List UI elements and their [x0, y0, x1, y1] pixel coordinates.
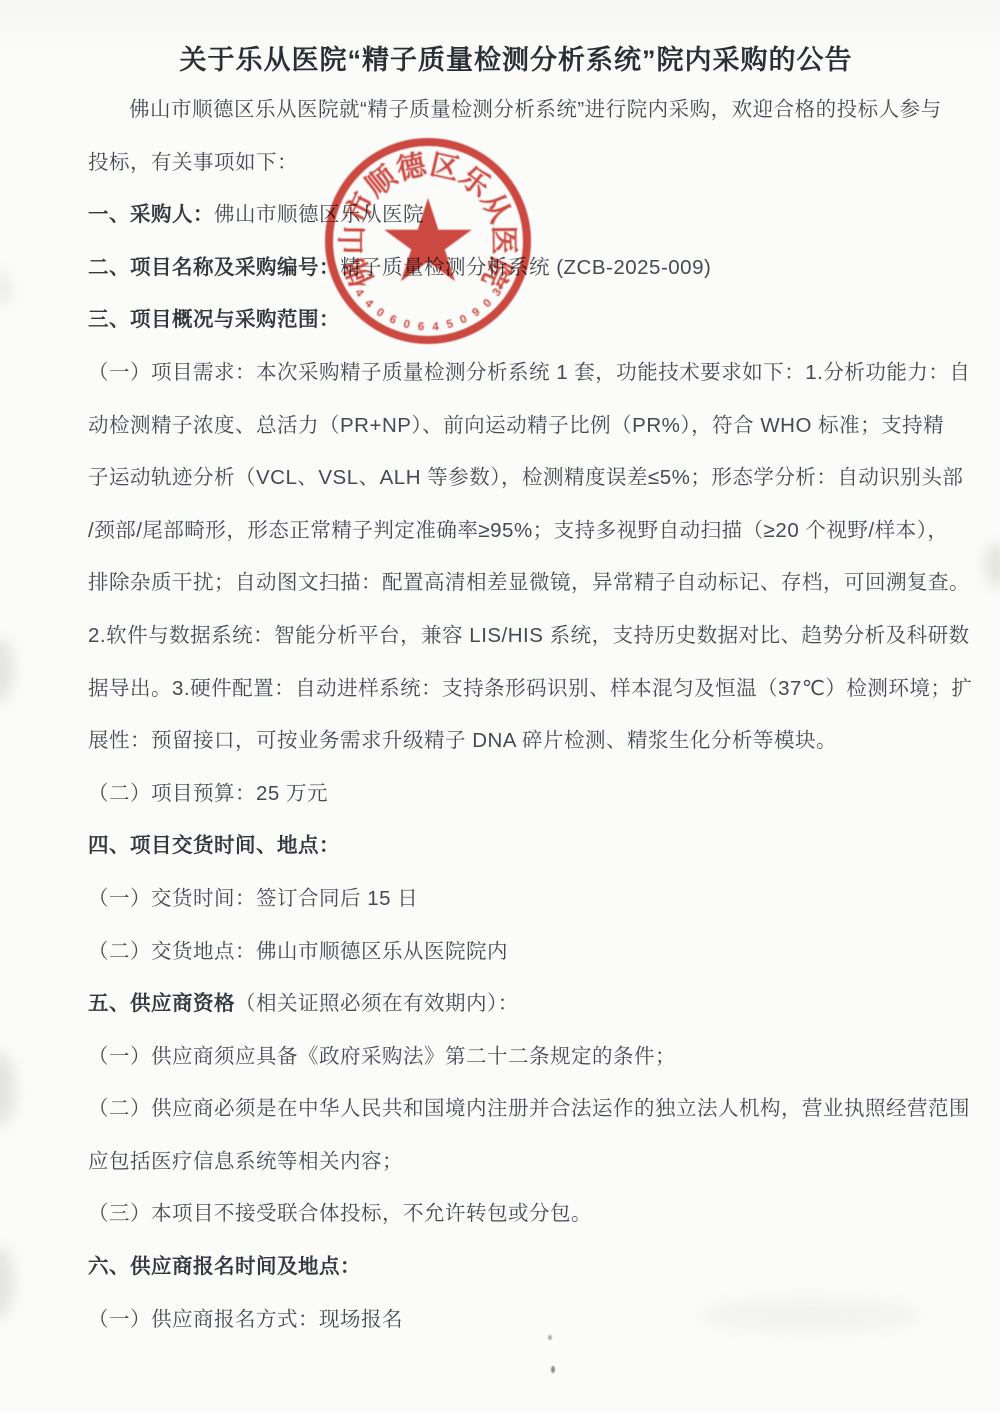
text-line: （一）项目需求：本次采购精子质量检测分析系统 1 套，功能技术要求如下：1.分析… [88, 347, 944, 400]
text-segment: 子运动轨迹分析（VCL、VSL、ALH 等参数），检测精度误差≤5%；形态学分析… [88, 466, 963, 489]
document-body: 关于乐从医院“精子质量检测分析系统”院内采购的公告 佛山市顺德区乐从医院就“精子… [88, 40, 944, 1346]
scan-smudge [0, 1052, 16, 1126]
document-title: 关于乐从医院“精子质量检测分析系统”院内采购的公告 [88, 40, 944, 80]
heading-segment: 二、项目名称及采购编号： [88, 256, 340, 279]
text-line: 一、采购人：佛山市顺德区乐从医院 [88, 189, 944, 242]
text-line: 展性：预留接口，可按业务需求升级精子 DNA 碎片检测、精浆生化分析等模块。 [88, 715, 944, 768]
text-segment: （二）供应商必须是在中华人民共和国境内注册并合法运作的独立法人机构，营业执照经营… [88, 1097, 970, 1120]
text-segment: 佛山市顺德区乐从医院就“精子质量检测分析系统”进行院内采购，欢迎合格的投标人参与 [129, 98, 942, 121]
heading-segment: 五、供应商资格 [88, 992, 235, 1015]
text-line: （二）供应商必须是在中华人民共和国境内注册并合法运作的独立法人机构，营业执照经营… [88, 1083, 944, 1136]
text-line: 应包括医疗信息系统等相关内容； [88, 1136, 944, 1189]
text-segment: （二）交货地点：佛山市顺德区乐从医院院内 [88, 940, 508, 963]
document-text: 佛山市顺德区乐从医院就“精子质量检测分析系统”进行院内采购，欢迎合格的投标人参与… [88, 84, 944, 1346]
text-line: （一）供应商报名方式：现场报名 [88, 1294, 944, 1347]
text-line: 二、项目名称及采购编号：精子质量检测分析系统 (ZCB-2025-009) [88, 242, 944, 295]
document-page: { "document": { "title": "关于乐从医院“精子质量检测分… [0, 0, 1000, 1412]
text-line: （二）交货地点：佛山市顺德区乐从医院院内 [88, 926, 944, 979]
text-segment: （三）本项目不接受联合体投标，不允许转包或分包。 [88, 1202, 592, 1225]
text-segment: （一）交货时间：签订合同后 15 日 [88, 887, 418, 910]
text-segment: 据导出。3.硬件配置：自动进样系统：支持条形码识别、样本混匀及恒温（37℃）检测… [88, 677, 972, 700]
heading-segment: 三、项目概况与采购范围： [88, 308, 340, 331]
heading-segment: 一、采购人： [88, 203, 214, 226]
text-segment: （一）供应商报名方式：现场报名 [88, 1308, 403, 1331]
text-line: （一）供应商须应具备《政府采购法》第二十二条规定的条件； [88, 1031, 944, 1084]
scan-smudge [0, 638, 14, 702]
scan-speck [551, 1366, 555, 1373]
text-segment: 2.软件与数据系统：智能分析平台，兼容 LIS/HIS 系统，支持历史数据对比、… [88, 624, 970, 647]
text-segment: 排除杂质干扰；自动图文扫描：配置高清相差显微镜，异常精子自动标记、存档，可回溯复… [88, 571, 970, 594]
text-line: 2.软件与数据系统：智能分析平台，兼容 LIS/HIS 系统，支持历史数据对比、… [88, 610, 944, 663]
text-segment: 动检测精子浓度、总活力（PR+NP）、前向运动精子比例（PR%），符合 WHO … [88, 414, 944, 437]
heading-segment: 六、供应商报名时间及地点： [88, 1255, 361, 1278]
text-line: 投标，有关事项如下： [88, 137, 944, 190]
text-segment: （一）项目需求：本次采购精子质量检测分析系统 1 套，功能技术要求如下：1.分析… [88, 361, 970, 384]
scan-smudge [984, 543, 1000, 587]
text-line: 据导出。3.硬件配置：自动进样系统：支持条形码识别、样本混匀及恒温（37℃）检测… [88, 663, 944, 716]
text-segment: 佛山市顺德区乐从医院 [214, 203, 424, 226]
text-line: 四、项目交货时间、地点： [88, 820, 944, 873]
text-segment: （二）项目预算：25 万元 [88, 782, 328, 805]
scan-smudge [0, 1246, 14, 1318]
text-segment: （相关证照必须在有效期内）： [235, 992, 519, 1015]
text-line: 佛山市顺德区乐从医院就“精子质量检测分析系统”进行院内采购，欢迎合格的投标人参与 [88, 84, 944, 137]
heading-segment: 四、项目交货时间、地点： [88, 834, 340, 857]
text-segment: 投标，有关事项如下： [88, 151, 298, 174]
text-line: （三）本项目不接受联合体投标，不允许转包或分包。 [88, 1188, 944, 1241]
text-line: 五、供应商资格（相关证照必须在有效期内）： [88, 978, 944, 1031]
text-segment: （一）供应商须应具备《政府采购法》第二十二条规定的条件； [88, 1045, 676, 1068]
text-segment: 精子质量检测分析系统 (ZCB-2025-009) [340, 256, 711, 279]
text-line: （二）项目预算：25 万元 [88, 768, 944, 821]
text-line: 排除杂质干扰；自动图文扫描：配置高清相差显微镜，异常精子自动标记、存档，可回溯复… [88, 557, 944, 610]
text-line: 三、项目概况与采购范围： [88, 294, 944, 347]
text-line: （一）交货时间：签订合同后 15 日 [88, 873, 944, 926]
scan-smudge [0, 272, 12, 306]
text-segment: /颈部/尾部畸形，形态正常精子判定准确率≥95%；支持多视野自动扫描（≥20 个… [88, 519, 948, 542]
text-line: 子运动轨迹分析（VCL、VSL、ALH 等参数），检测精度误差≤5%；形态学分析… [88, 452, 944, 505]
text-line: 动检测精子浓度、总活力（PR+NP）、前向运动精子比例（PR%），符合 WHO … [88, 400, 944, 453]
text-line: /颈部/尾部畸形，形态正常精子判定准确率≥95%；支持多视野自动扫描（≥20 个… [88, 505, 944, 558]
text-line: 六、供应商报名时间及地点： [88, 1241, 944, 1294]
text-segment: 展性：预留接口，可按业务需求升级精子 DNA 碎片检测、精浆生化分析等模块。 [88, 729, 837, 752]
text-segment: 应包括医疗信息系统等相关内容； [88, 1150, 403, 1173]
